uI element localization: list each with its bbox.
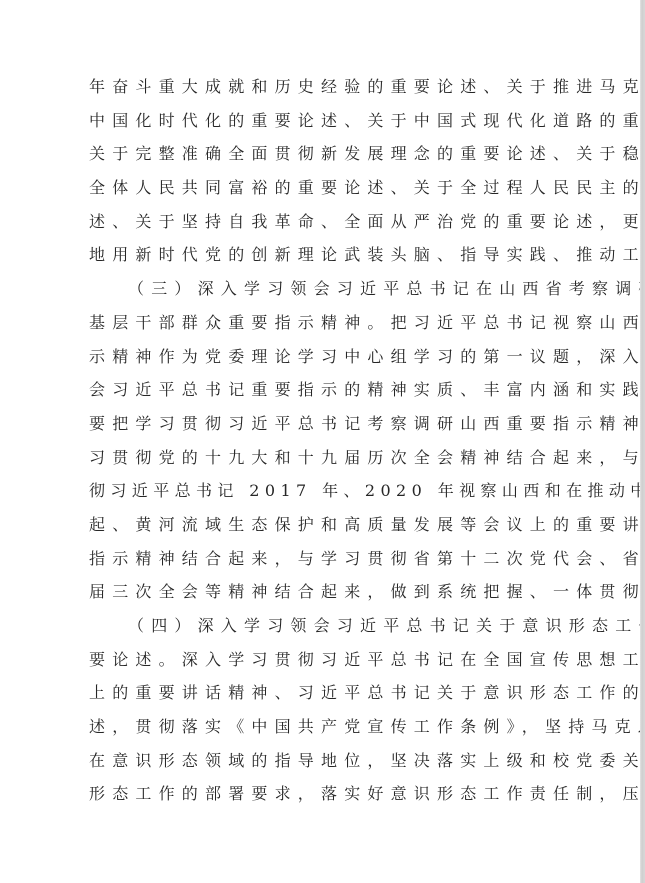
text-line: 会习近平总书记重要指示的精神实质、丰富内涵和实践要求。 <box>89 379 555 413</box>
text-line: 述，贯彻落实《中国共产党宣传工作条例》，坚持马克思主义 <box>89 716 555 750</box>
document-body: 年奋斗重大成就和历史经验的重要论述、关于推进马克思主义 中国化时代化的重要论述、… <box>89 76 559 817</box>
text-line: 指示精神结合起来，与学习贯彻省第十二次党代会、省委十二 <box>89 548 555 582</box>
text-line: 彻习近平总书记 2017 年、2020 年视察山西和在推动中部地区崛 <box>89 480 555 514</box>
text-line: 在意识形态领域的指导地位，坚决落实上级和校党委关于意识 <box>89 750 555 784</box>
text-line: 述、关于坚持自我革命、全面从严治党的重要论述，更加自觉 <box>89 211 555 245</box>
text-line: 年奋斗重大成就和历史经验的重要论述、关于推进马克思主义 <box>89 76 555 110</box>
text-line: 形态工作的部署要求，落实好意识形态工作责任制，压紧压实 <box>89 783 555 817</box>
text-line: 起、黄河流域生态保护和高质量发展等会议上的重要讲话重要 <box>89 514 555 548</box>
document-page: 年奋斗重大成就和历史经验的重要论述、关于推进马克思主义 中国化时代化的重要论述、… <box>0 0 640 883</box>
text-line: 基层干部群众重要指示精神。把习近平总书记视察山西重要指 <box>89 312 555 346</box>
text-line: 全体人民共同富裕的重要论述、关于全过程人民民主的重要论 <box>89 177 555 211</box>
section-heading-line: （三）深入学习领会习近平总书记在山西省考察调研慰问 <box>89 278 555 312</box>
page-edge-shadow <box>640 0 645 883</box>
text-line: 关于完整准确全面贯彻新发展理念的重要论述、关于稳步促进 <box>89 143 555 177</box>
text-line: 要把学习贯彻习近平总书记考察调研山西重要指示精神，与学 <box>89 413 555 447</box>
paragraph-section-four: （四）深入学习领会习近平总书记关于意识形态工作的重 要论述。深入学习贯彻习近平总… <box>89 615 559 817</box>
text-line: 地用新时代党的创新理论武装头脑、指导实践、推动工作。 <box>89 244 555 278</box>
text-line: 习贯彻党的十九大和十九届历次全会精神结合起来，与学习贯 <box>89 447 555 481</box>
text-line: 示精神作为党委理论学习中心组学习的第一议题，深入学习领 <box>89 346 555 380</box>
text-line: 中国化时代化的重要论述、关于中国式现代化道路的重要论述、 <box>89 110 555 144</box>
text-line: 要论述。深入学习贯彻习近平总书记在全国宣传思想工作会议 <box>89 649 555 683</box>
text-line: 届三次全会等精神结合起来，做到系统把握、一体贯彻。 <box>89 581 555 615</box>
paragraph-section-three: （三）深入学习领会习近平总书记在山西省考察调研慰问 基层干部群众重要指示精神。把… <box>89 278 559 615</box>
text-line: 上的重要讲话精神、习近平总书记关于意识形态工作的重要论 <box>89 682 555 716</box>
paragraph-continuation: 年奋斗重大成就和历史经验的重要论述、关于推进马克思主义 中国化时代化的重要论述、… <box>89 76 559 278</box>
section-heading-line: （四）深入学习领会习近平总书记关于意识形态工作的重 <box>89 615 555 649</box>
